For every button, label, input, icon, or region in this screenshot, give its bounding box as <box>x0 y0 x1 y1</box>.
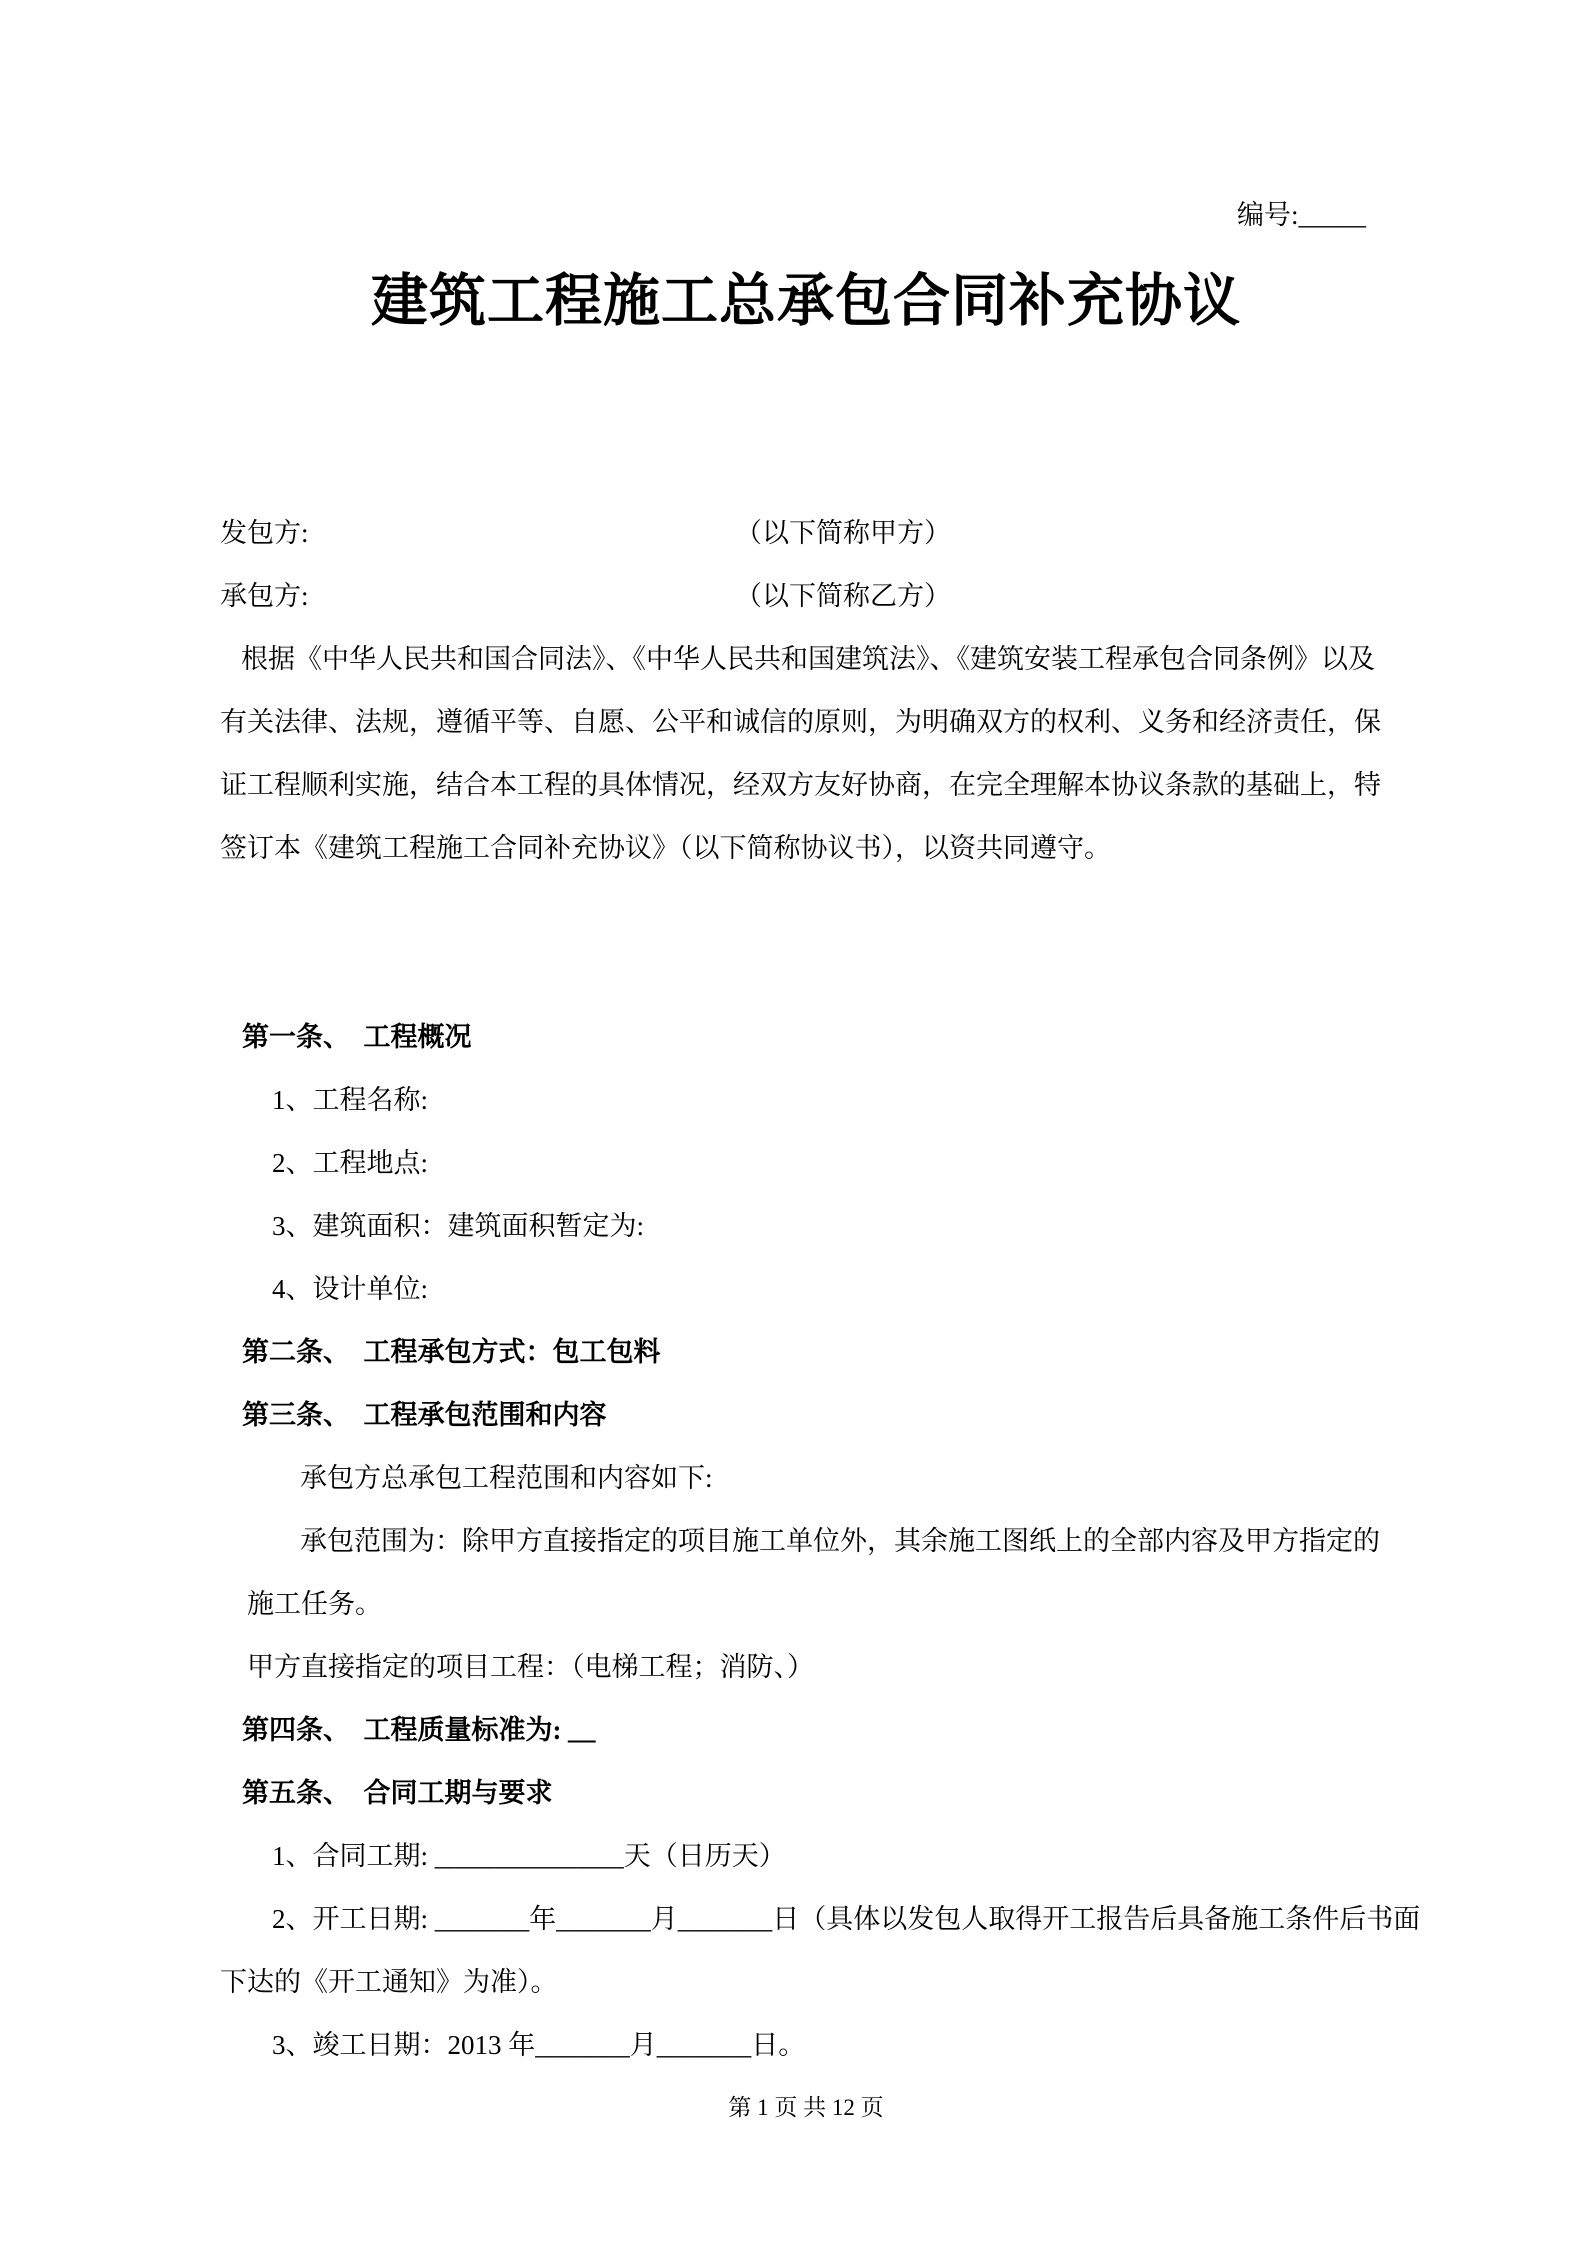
employer-line: 发包方: （以下简称甲方） <box>220 502 1392 565</box>
design-unit-line: 4、设计单位: <box>220 1258 1392 1321</box>
clause-4-heading: 第四条、 工程质量标准为: ＿ <box>220 1699 1392 1762</box>
parties-block: 发包方: （以下简称甲方） 承包方: （以下简称乙方） <box>220 502 1392 628</box>
construction-task-line: 施工任务。 <box>220 1573 1392 1636</box>
preamble-line-2: 有关法律、法规，遵循平等、自愿、公平和诚信的原则，为明确双方的权利、义务和经济责… <box>220 691 1392 754</box>
contractor-label: 承包方: <box>220 581 309 611</box>
employer-label: 发包方: <box>220 518 309 548</box>
preamble-line-1: 根据《中华人民共和国合同法》、《中华人民共和国建筑法》、《建筑安装工程承包合同条… <box>220 628 1392 691</box>
project-location-line: 2、工程地点: <box>220 1132 1392 1195</box>
contract-duration-line: 1、合同工期: ______________天（日历天） <box>220 1825 1392 1888</box>
clause-2-heading: 第二条、 工程承包方式：包工包料 <box>220 1321 1392 1384</box>
contractor-alias: （以下简称乙方） <box>735 565 951 628</box>
owner-designated-projects-line: 甲方直接指定的项目工程：（电梯工程；消防、） <box>220 1636 1392 1699</box>
document-content: 编号:_____ 建筑工程施工总承包合同补充协议 发包方: （以下简称甲方） 承… <box>220 0 1392 2123</box>
start-notice-line: 下达的《开工通知》为准）。 <box>220 1951 1392 2014</box>
clause-1-heading: 第一条、 工程概况 <box>220 1006 1392 1069</box>
preamble-line-4: 签订本《建筑工程施工合同补充协议》（以下简称协议书），以资共同遵守。 <box>220 817 1392 880</box>
completion-date-line: 3、竣工日期：2013 年_______月_______日。 <box>220 2014 1392 2077</box>
preamble-paragraph: 根据《中华人民共和国合同法》、《中华人民共和国建筑法》、《建筑安装工程承包合同条… <box>220 628 1392 880</box>
document-number-line: 编号:_____ <box>220 196 1392 234</box>
page-footer: 第 1 页 共 12 页 <box>220 2093 1392 2123</box>
clause-5-heading: 第五条、 合同工期与要求 <box>220 1762 1392 1825</box>
page-title: 建筑工程施工总承包合同补充协议 <box>220 266 1392 338</box>
preamble-line-3: 证工程顺利实施，结合本工程的具体情况，经双方友好协商，在完全理解本协议条款的基础… <box>220 754 1392 817</box>
contract-document-page: 编号:_____ 建筑工程施工总承包合同补充协议 发包方: （以下简称甲方） 承… <box>0 0 1586 2244</box>
contract-scope-intro-line: 承包方总承包工程范围和内容如下: <box>220 1447 1392 1510</box>
contract-scope-line: 承包范围为：除甲方直接指定的项目施工单位外，其余施工图纸上的全部内容及甲方指定的 <box>220 1510 1392 1573</box>
employer-alias: （以下简称甲方） <box>735 502 951 565</box>
building-area-line: 3、建筑面积：建筑面积暂定为: <box>220 1195 1392 1258</box>
clause-3-heading: 第三条、 工程承包范围和内容 <box>220 1384 1392 1447</box>
contractor-line: 承包方: （以下简称乙方） <box>220 565 1392 628</box>
project-name-line: 1、工程名称: <box>220 1069 1392 1132</box>
start-date-line: 2、开工日期: _______年_______月_______日（具体以发包人取… <box>220 1888 1392 1951</box>
